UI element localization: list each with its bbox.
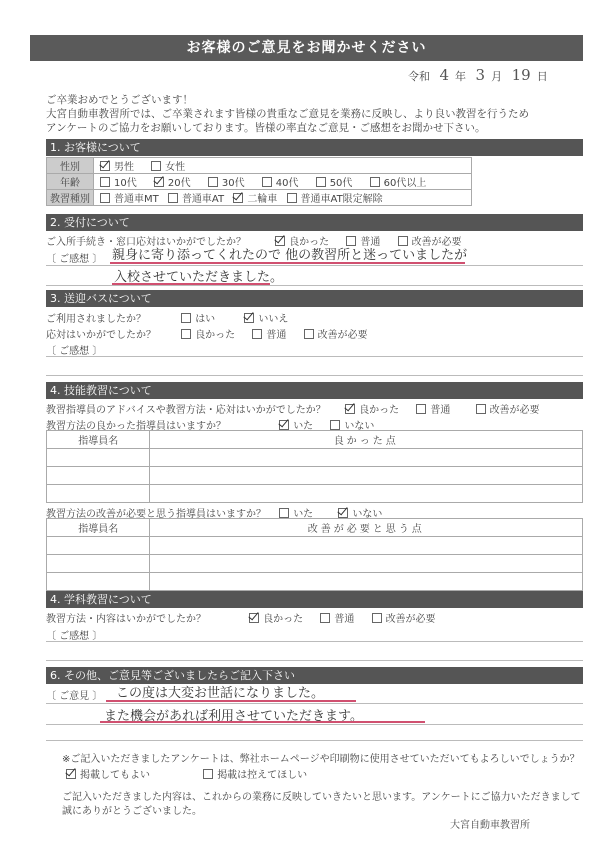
ruled-line (46, 703, 583, 704)
gender-label: 性別 (47, 158, 94, 174)
table-row (47, 449, 583, 467)
course-at-limit-option[interactable]: 普通車AT限定解除 (287, 190, 383, 205)
year-unit: 年 (455, 70, 466, 83)
option-label: 改善が必要 (490, 405, 540, 416)
comment-label: 〔 ご感想 〕 (46, 250, 102, 265)
form-title: お客様のご意見をお聞かせください (30, 35, 583, 61)
shuttle-service-row: 応対はいかがでしたか？ 良かった 普通 改善が必要 (46, 326, 382, 341)
driving-good-option[interactable]: 良かった (345, 401, 399, 416)
option-label: 良かった (359, 405, 399, 416)
intro-line: 大宮自動車教習所では、ご卒業されます皆様の貴重なご意見を業務に反映し、より良い教… (46, 107, 529, 121)
checkbox-icon[interactable] (181, 329, 191, 339)
checkbox-icon[interactable] (168, 193, 178, 203)
instructor-name-cell[interactable] (47, 573, 150, 591)
age-20s-option[interactable]: 20代 (154, 174, 191, 189)
option-label: 男性 (114, 162, 134, 173)
col-good-points: 良かった点 (150, 431, 583, 449)
year-value[interactable]: 4 (440, 66, 450, 84)
intro-line: ご卒業おめでとうございます！ (46, 93, 529, 107)
ruled-line (46, 740, 583, 741)
checkbox-icon[interactable] (100, 193, 110, 203)
checkbox-checked-icon[interactable] (100, 161, 110, 171)
checkbox-icon[interactable] (304, 329, 314, 339)
course-at-option[interactable]: 普通車AT (168, 190, 224, 205)
section-reception-header: 2. 受付について (46, 214, 583, 231)
col-improve-points: 改善が必要と思う点 (150, 519, 583, 537)
shuttle-no-option[interactable]: いいえ (244, 310, 288, 325)
table-row (47, 555, 583, 573)
classroom-normal-option[interactable]: 普通 (320, 610, 354, 625)
option-label: 普通車AT限定解除 (301, 194, 383, 205)
checkbox-icon[interactable] (100, 177, 110, 187)
checkbox-icon[interactable] (416, 404, 426, 414)
closing-text: ご記入いただきました内容は、これからの業務に反映していきたいと思います。アンケー… (62, 791, 581, 819)
highlight-underline (106, 700, 356, 702)
improve-points-cell[interactable] (150, 573, 583, 591)
instructor-name-cell[interactable] (47, 485, 150, 503)
age-row: 年齢 10代 20代 30代 40代 50代 60代以上 (47, 174, 472, 190)
checkbox-checked-icon[interactable] (66, 769, 76, 779)
checkbox-checked-icon[interactable] (233, 193, 243, 203)
table-row (47, 537, 583, 555)
course-type-row: 教習種別 普通車MT 普通車AT 二輪車 普通車AT限定解除 (47, 190, 472, 206)
reception-comment-line1[interactable]: 親身に寄り添ってくれたので 他の教習所と迷っていましたが (112, 244, 467, 263)
shuttle-good-option[interactable]: 良かった (181, 326, 235, 341)
table-row (47, 485, 583, 503)
age-60s-option[interactable]: 60代以上 (370, 174, 427, 189)
checkbox-checked-icon[interactable] (345, 404, 355, 414)
option-label: 改善が必要 (318, 330, 368, 341)
option-label: 60代以上 (384, 178, 427, 189)
option-label: 掲載してもよい (80, 770, 150, 781)
date-field: 令和 4年 3月 19日 (408, 66, 548, 84)
table-row (47, 467, 583, 485)
gender-female-option[interactable]: 女性 (151, 158, 185, 173)
ruled-line (46, 724, 583, 725)
option-label: 普通 (266, 330, 286, 341)
comment-label: 〔 ご意見 〕 (46, 687, 102, 702)
intro-text: ご卒業おめでとうございます！ 大宮自動車教習所では、ご卒業されます皆様の貴重なご… (46, 93, 529, 135)
course-mt-option[interactable]: 普通車MT (100, 190, 159, 205)
age-40s-option[interactable]: 40代 (262, 174, 299, 189)
checkbox-icon[interactable] (287, 193, 297, 203)
comment-line[interactable] (46, 375, 583, 376)
checkbox-icon[interactable] (262, 177, 272, 187)
option-label: 20代 (168, 178, 191, 189)
checkbox-icon[interactable] (370, 177, 380, 187)
month-unit: 月 (491, 70, 502, 83)
shuttle-usage-row: ご利用されましたか？ はい いいえ (46, 310, 302, 325)
age-label: 年齢 (47, 174, 94, 190)
instructor-name-cell[interactable] (47, 467, 150, 485)
month-value[interactable]: 3 (476, 66, 486, 84)
checkbox-icon[interactable] (372, 613, 382, 623)
gender-male-option[interactable]: 男性 (100, 158, 134, 173)
checkbox-icon[interactable] (330, 420, 340, 430)
col-instructor-name: 指導員名 (47, 519, 150, 537)
ruled-line (46, 285, 583, 286)
checkbox-checked-icon[interactable] (279, 420, 289, 430)
question-label: 教習方法・内容はいかがでしたか？ (46, 610, 246, 625)
good-points-cell[interactable] (150, 467, 583, 485)
comment-label: 〔 ご感想 〕 (46, 627, 102, 642)
classroom-good-option[interactable]: 良かった (249, 610, 303, 625)
shuttle-normal-option[interactable]: 普通 (252, 326, 286, 341)
intro-line: アンケートのご協力をお願いしております。皆様の率直なご意見・ご感想をお聞かせ下さ… (46, 121, 529, 135)
driving-improve-option[interactable]: 改善が必要 (476, 401, 540, 416)
shuttle-yes-option[interactable]: はい (181, 310, 215, 325)
checkbox-icon[interactable] (252, 329, 262, 339)
consent-allow-option[interactable]: 掲載してもよい (66, 766, 150, 781)
course-type-label: 教習種別 (47, 190, 94, 206)
consent-options-row: 掲載してもよい 掲載は控えてほしい (66, 766, 321, 781)
highlight-underline (110, 262, 465, 264)
consent-deny-option[interactable]: 掲載は控えてほしい (203, 766, 307, 781)
option-label: 普通車AT (182, 194, 224, 205)
day-value[interactable]: 19 (512, 66, 531, 84)
table-header-row: 指導員名改善が必要と思う点 (47, 519, 583, 537)
improve-points-cell[interactable] (150, 537, 583, 555)
age-30s-option[interactable]: 30代 (208, 174, 245, 189)
classroom-question-row: 教習方法・内容はいかがでしたか？ 良かった 普通 改善が必要 (46, 610, 450, 625)
option-label: 30代 (222, 178, 245, 189)
comment-line[interactable] (46, 356, 583, 357)
good-points-cell[interactable] (150, 485, 583, 503)
checkbox-icon[interactable] (279, 508, 289, 518)
closing-line: ご記入いただきました内容は、これからの業務に反映していきたいと思います。アンケー… (62, 791, 581, 805)
improve-points-cell[interactable] (150, 555, 583, 573)
option-label: 普通 (334, 614, 354, 625)
option-label: 良かった (195, 330, 235, 341)
table-row (47, 573, 583, 591)
shuttle-improve-option[interactable]: 改善が必要 (304, 326, 368, 341)
gender-row: 性別 男性 女性 (47, 158, 472, 174)
option-label: 普通 (430, 405, 450, 416)
closing-line: 誠にありがとうございました。 (62, 805, 581, 819)
table-header-row: 指導員名良かった点 (47, 431, 583, 449)
checkbox-icon[interactable] (320, 613, 330, 623)
section-customer-header: 1. お客様について (46, 139, 583, 156)
highlight-underline (100, 721, 425, 723)
age-10s-option[interactable]: 10代 (100, 174, 137, 189)
checkbox-checked-icon[interactable] (154, 177, 164, 187)
other-comment-line1[interactable]: この度は大変お世話になりました。 (116, 682, 324, 701)
option-label: 良かった (263, 614, 303, 625)
comment-label: 〔 ご感想 〕 (46, 342, 102, 357)
option-label: 40代 (276, 178, 299, 189)
checkbox-icon[interactable] (181, 313, 191, 323)
comment-line[interactable] (46, 641, 583, 642)
option-label: はい (195, 314, 215, 325)
option-label: 二輪車 (247, 194, 277, 205)
age-50s-option[interactable]: 50代 (316, 174, 353, 189)
checkbox-icon[interactable] (203, 769, 213, 779)
option-label: 改善が必要 (386, 614, 436, 625)
section-driving-header: 4. 技能教習について (46, 382, 583, 399)
good-instructor-table: 指導員名良かった点 (46, 430, 583, 503)
checkbox-icon[interactable] (208, 177, 218, 187)
comment-line[interactable] (46, 660, 583, 661)
checkbox-checked-icon[interactable] (338, 508, 348, 518)
course-motorcycle-option[interactable]: 二輪車 (233, 190, 277, 205)
option-label: いいえ (258, 314, 288, 325)
section-shuttle-header: 3. 送迎バスについて (46, 290, 583, 307)
instructor-name-cell[interactable] (47, 537, 150, 555)
section-classroom-header: 4. 学科教習について (46, 591, 583, 608)
driving-instructor-row: 教習指導員のアドバイスや教習方法・応対はいかがでしたか？ 良かった 普通 改善が… (46, 401, 554, 416)
option-label: 女性 (165, 162, 185, 173)
improve-instructor-table: 指導員名改善が必要と思う点 (46, 518, 583, 591)
good-points-cell[interactable] (150, 449, 583, 467)
question-label: 教習指導員のアドバイスや教習方法・応対はいかがでしたか？ (46, 401, 342, 416)
era-label: 令和 (408, 70, 430, 83)
checkbox-icon[interactable] (151, 161, 161, 171)
classroom-improve-option[interactable]: 改善が必要 (372, 610, 436, 625)
consent-question: ※ご記入いただきましたアンケートは、弊社ホームページや印刷物に使用させていただい… (62, 753, 580, 767)
driving-normal-option[interactable]: 普通 (416, 401, 450, 416)
option-label: 50代 (330, 178, 353, 189)
checkbox-checked-icon[interactable] (249, 613, 259, 623)
question-label: 応対はいかがでしたか？ (46, 326, 178, 341)
question-label: ご利用されましたか？ (46, 310, 178, 325)
option-label: 掲載は控えてほしい (217, 770, 307, 781)
col-instructor-name: 指導員名 (47, 431, 150, 449)
customer-info-table: 性別 男性 女性 年齢 10代 20代 30代 40代 50代 60代以上 教習… (46, 157, 472, 206)
instructor-name-cell[interactable] (47, 555, 150, 573)
school-signature: 大宮自動車教習所 (450, 819, 530, 833)
checkbox-icon[interactable] (316, 177, 326, 187)
day-unit: 日 (537, 70, 548, 83)
checkbox-checked-icon[interactable] (244, 313, 254, 323)
instructor-name-cell[interactable] (47, 449, 150, 467)
option-label: 10代 (114, 178, 137, 189)
checkbox-icon[interactable] (476, 404, 486, 414)
option-label: 普通車MT (114, 194, 159, 205)
